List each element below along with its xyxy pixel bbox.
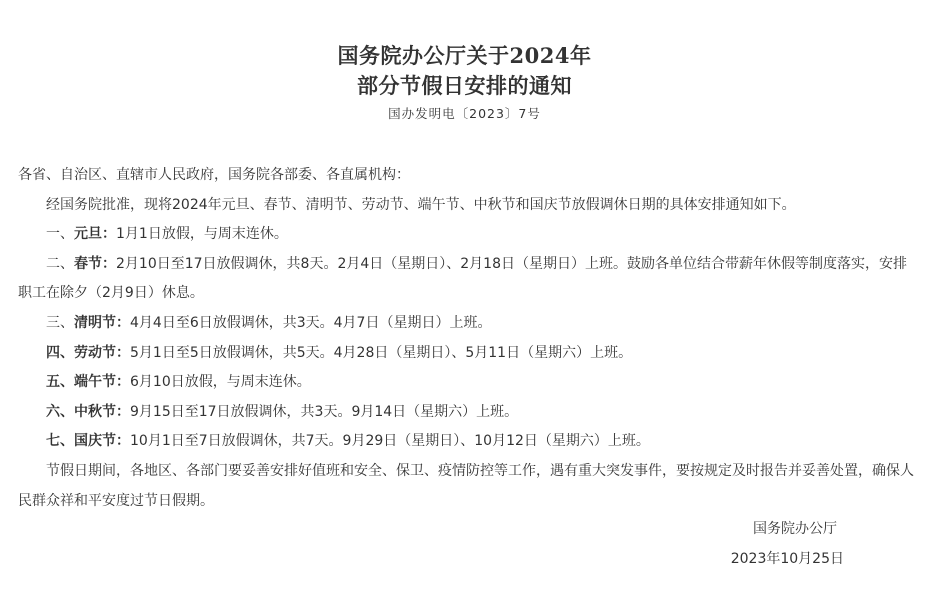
item-heading: 元旦： [74, 226, 116, 242]
salutation: 各省、自治区、直辖市人民政府，国务院各部委、各直属机构： [18, 161, 918, 191]
item-heading: 七、国庆节： [46, 433, 130, 449]
item-text: 1月1日放假，与周末连休。 [116, 226, 288, 242]
item-text: 4月4日至6日放假调休，共3天。4月7日（星期日）上班。 [130, 315, 491, 331]
item-prefix: 二、 [46, 256, 74, 272]
item-heading: 六、中秋节： [46, 404, 130, 420]
document-body: 各省、自治区、直辖市人民政府，国务院各部委、各直属机构： 经国务院批准，现将20… [18, 161, 918, 516]
item-text: 2月10日至17日放假调休，共8天。2月4日（星期日）、2月18日（星期日）上班… [18, 256, 907, 302]
document-title-line-1: 国务院办公厅关于2024年 [0, 40, 929, 70]
item-text: 6月10日放假，与周末连休。 [130, 374, 311, 390]
item-prefix: 三、 [46, 315, 74, 331]
holiday-item-qingming: 三、清明节：4月4日至6日放假调休，共3天。4月7日（星期日）上班。 [18, 309, 918, 339]
holiday-item-mid-autumn: 六、中秋节：9月15日至17日放假调休，共3天。9月14日（星期六）上班。 [18, 398, 918, 428]
holiday-item-national-day: 七、国庆节：10月1日至7日放假调休，共7天。9月29日（星期日）、10月12日… [18, 427, 918, 457]
item-heading: 清明节： [74, 315, 130, 331]
item-prefix: 一、 [46, 226, 74, 242]
signature-date: 2023年10月25日 [731, 548, 844, 568]
closing-paragraph: 节假日期间，各地区、各部门要妥善安排好值班和安全、保卫、疫情防控等工作，遇有重大… [18, 457, 918, 516]
holiday-item-dragon-boat: 五、端午节：6月10日放假，与周末连休。 [18, 368, 918, 398]
document-title-line-2: 部分节假日安排的通知 [0, 70, 929, 100]
item-heading: 春节： [74, 256, 116, 272]
holiday-item-spring-festival: 二、春节：2月10日至17日放假调休，共8天。2月4日（星期日）、2月18日（星… [18, 250, 918, 309]
holiday-item-new-year: 一、元旦：1月1日放假，与周末连休。 [18, 220, 918, 250]
document-number: 国办发明电〔2023〕7号 [0, 104, 929, 122]
item-text: 10月1日至7日放假调休，共7天。9月29日（星期日）、10月12日（星期六）上… [130, 433, 650, 449]
item-heading: 五、端午节： [46, 374, 130, 390]
item-text: 5月1日至5日放假调休，共5天。4月28日（星期日）、5月11日（星期六）上班。 [130, 345, 632, 361]
item-heading: 四、劳动节： [46, 345, 130, 361]
holiday-item-labor-day: 四、劳动节：5月1日至5日放假调休，共5天。4月28日（星期日）、5月11日（星… [18, 339, 918, 369]
intro-paragraph: 经国务院批准，现将2024年元旦、春节、清明节、劳动节、端午节、中秋节和国庆节放… [18, 191, 918, 221]
signature-organization: 国务院办公厅 [753, 518, 837, 538]
item-text: 9月15日至17日放假调休，共3天。9月14日（星期六）上班。 [130, 404, 518, 420]
